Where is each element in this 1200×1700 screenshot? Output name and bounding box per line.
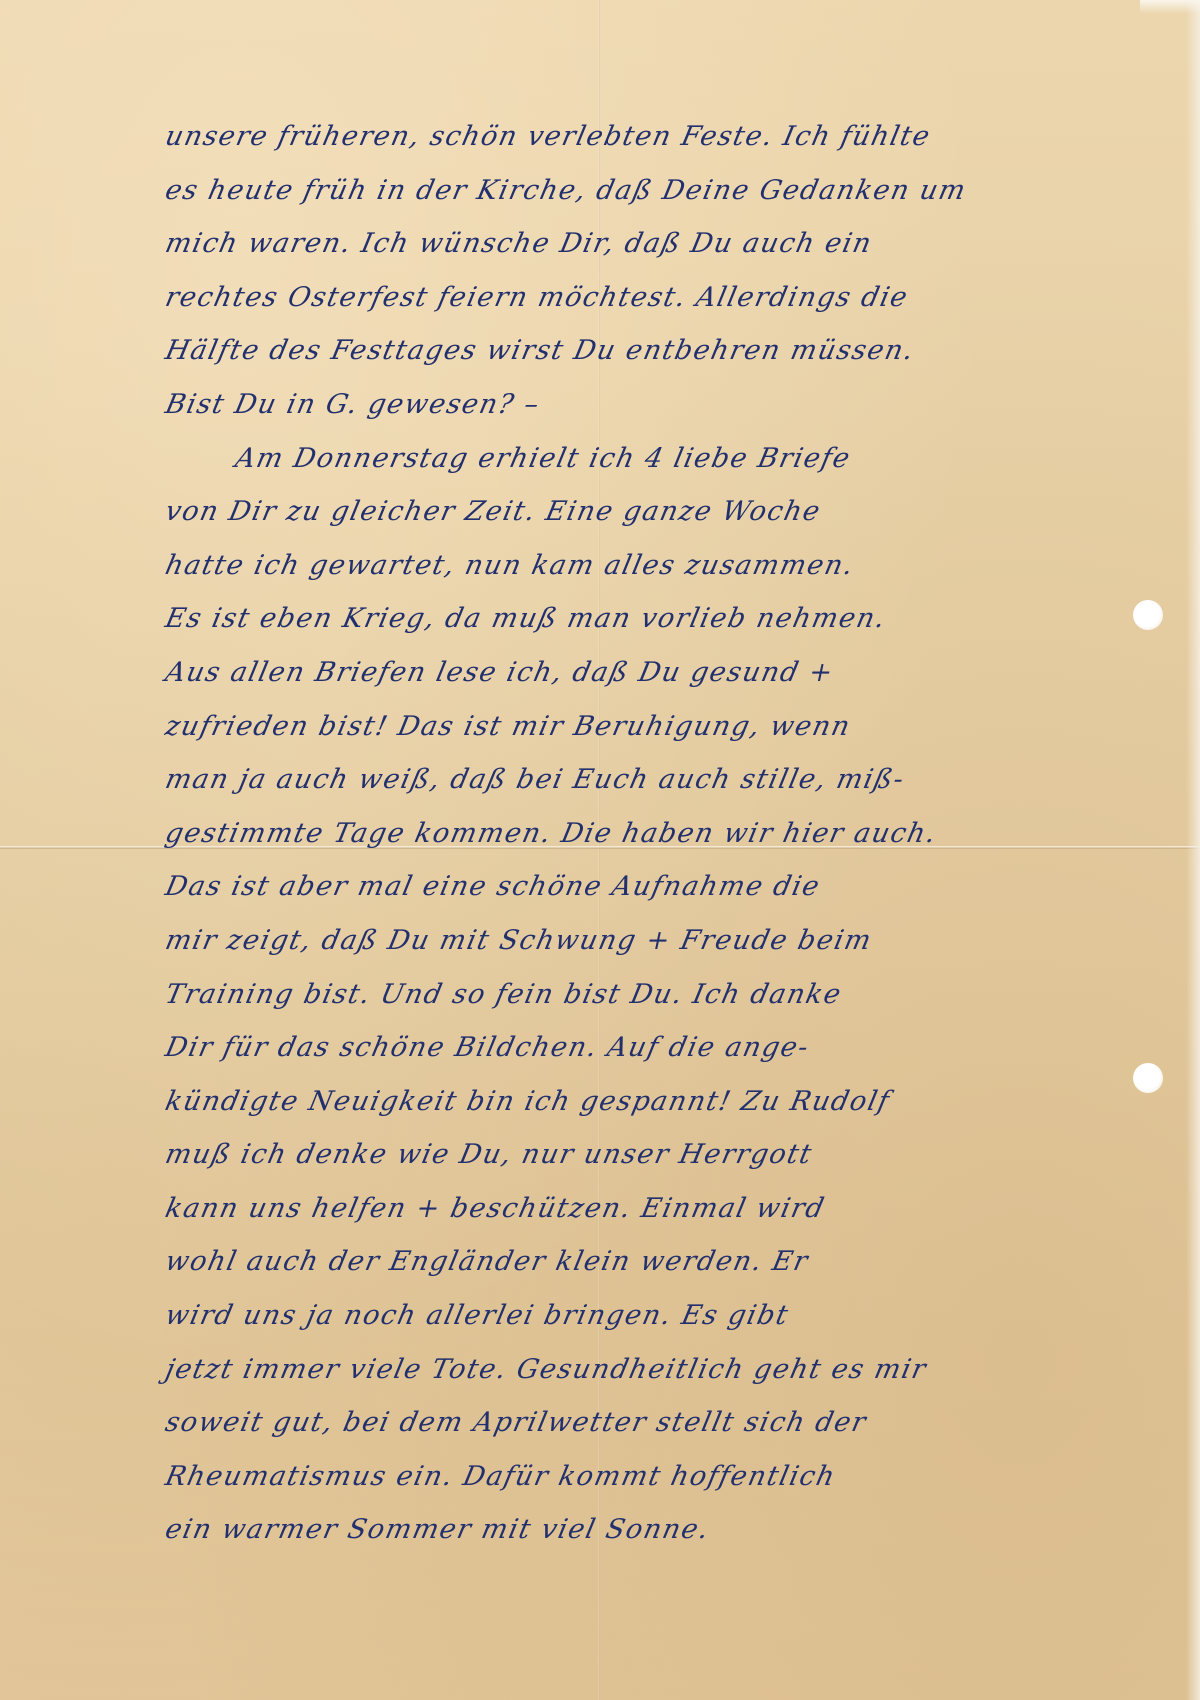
handwritten-line-14: gestimmte Tage kommen. Die haben wir hie… (160, 807, 1191, 861)
handwritten-line-25: soweit gut, bei dem Aprilwetter stellt s… (160, 1396, 1191, 1450)
handwritten-line-22: wohl auch der Engländer klein werden. Er (160, 1235, 1191, 1289)
handwritten-line-8: von Dir zu gleicher Zeit. Eine ganze Woc… (160, 485, 1191, 539)
handwritten-line-11: Aus allen Briefen lese ich, daß Du gesun… (160, 646, 1191, 700)
handwritten-line-17: Training bist. Und so fein bist Du. Ich … (160, 968, 1191, 1022)
paper-right-edge (1186, 0, 1200, 1700)
handwritten-line-24: jetzt immer viele Tote. Gesundheitlich g… (160, 1343, 1191, 1397)
handwritten-line-1: unsere früheren, schön verlebten Feste. … (160, 110, 1191, 164)
handwritten-line-9: hatte ich gewartet, nun kam alles zusamm… (160, 539, 1191, 593)
handwritten-line-18: Dir für das schöne Bildchen. Auf die ang… (160, 1021, 1191, 1075)
handwritten-line-2: es heute früh in der Kirche, daß Deine G… (160, 164, 1191, 218)
handwritten-line-15: Das ist aber mal eine schöne Aufnahme di… (160, 860, 1191, 914)
handwritten-text-block: unsere früheren, schön verlebten Feste. … (160, 110, 1180, 1557)
handwritten-line-4: rechtes Osterfest feiern möchtest. Aller… (160, 271, 1191, 325)
letter-page: unsere früheren, schön verlebten Feste. … (0, 0, 1200, 1700)
handwritten-line-5: Hälfte des Festtages wirst Du entbehren … (160, 324, 1191, 378)
handwritten-line-19: kündigte Neuigkeit bin ich gespannt! Zu … (160, 1075, 1191, 1129)
handwritten-line-7: Am Donnerstag erhielt ich 4 liebe Briefe (160, 432, 1191, 486)
paper-top-right-corner (1140, 0, 1200, 14)
handwritten-line-21: kann uns helfen + beschützen. Einmal wir… (160, 1182, 1191, 1236)
handwritten-line-27: ein warmer Sommer mit viel Sonne. (160, 1503, 1191, 1557)
handwritten-line-6: Bist Du in G. gewesen? – (160, 378, 1191, 432)
handwritten-line-13: man ja auch weiß, daß bei Euch auch stil… (160, 753, 1191, 807)
handwritten-line-10: Es ist eben Krieg, da muß man vorlieb ne… (160, 592, 1191, 646)
handwritten-line-16: mir zeigt, daß Du mit Schwung + Freude b… (160, 914, 1191, 968)
handwritten-line-26: Rheumatismus ein. Dafür kommt hoffentlic… (160, 1450, 1191, 1504)
handwritten-line-20: muß ich denke wie Du, nur unser Herrgott (160, 1128, 1191, 1182)
handwritten-line-3: mich waren. Ich wünsche Dir, daß Du auch… (160, 217, 1191, 271)
handwritten-line-12: zufrieden bist! Das ist mir Beruhigung, … (160, 700, 1191, 754)
handwritten-line-23: wird uns ja noch allerlei bringen. Es gi… (160, 1289, 1191, 1343)
